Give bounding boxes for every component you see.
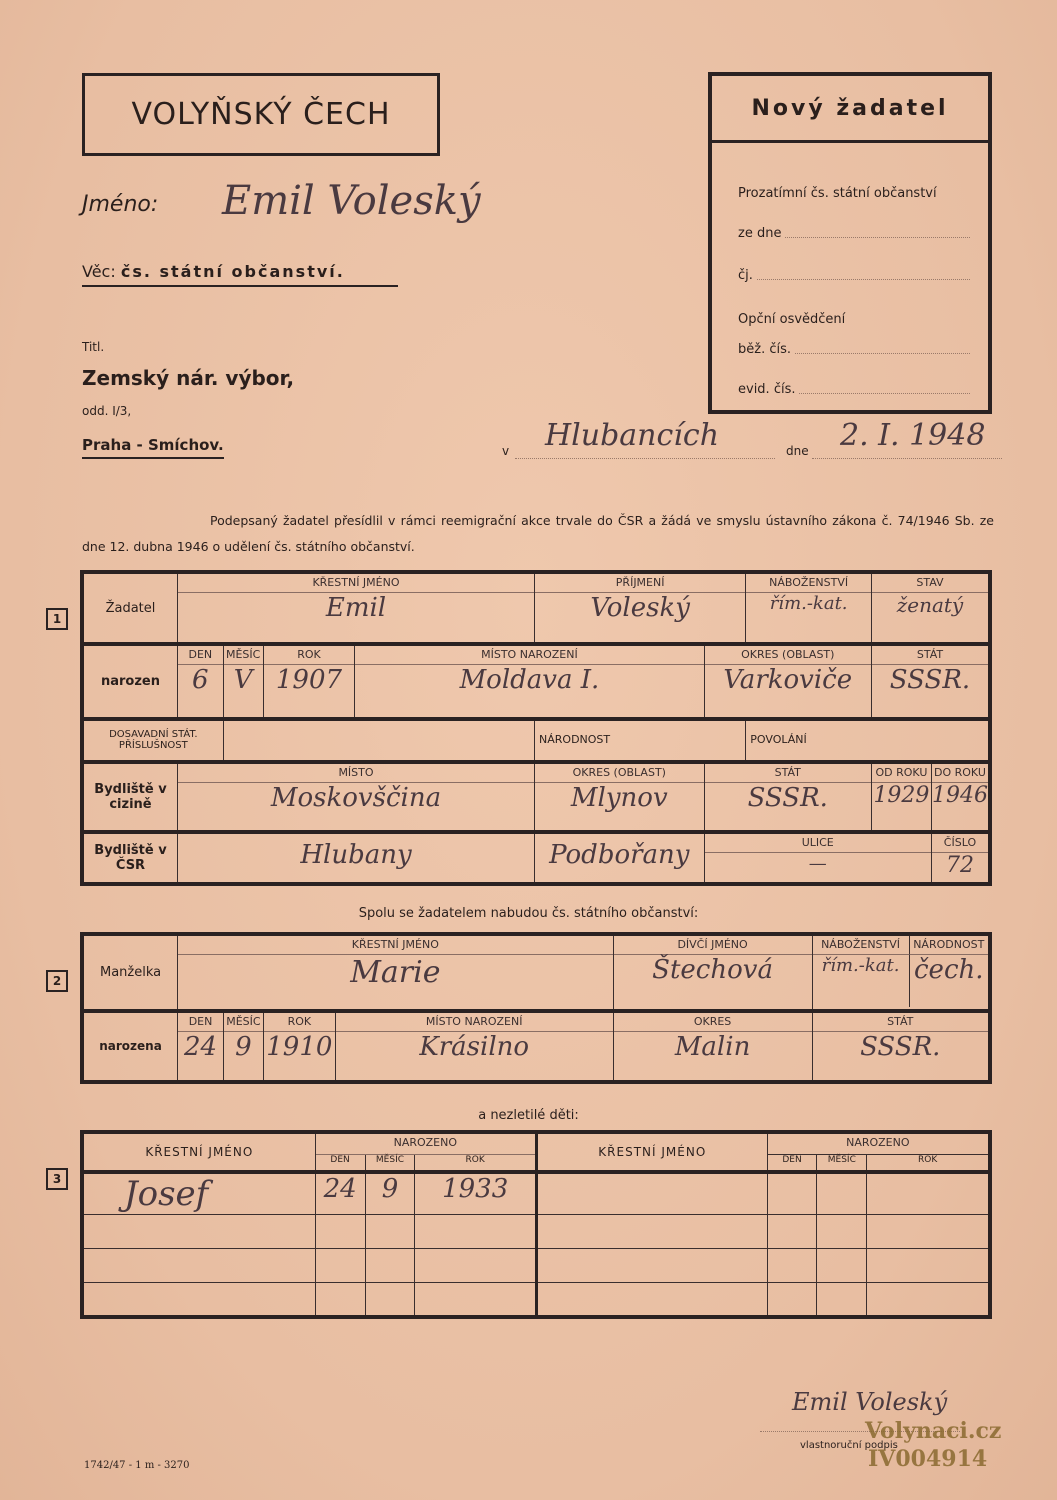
csr-district-value: Podbořany [535,840,704,870]
wife-first-name-header: KŘESTNÍ JMÉNO [178,936,612,955]
status-header: STAV [872,574,988,593]
print-code: 1742/47 - 1 m - 3270 [84,1460,190,1471]
place-value: Hlubancích [545,418,719,453]
section-1-number: 1 [46,608,68,630]
name-value: Emil Voleský [222,178,481,224]
nationality-label: NÁRODNOST [535,721,745,758]
line-label: Prozatímní čs. státní občanství [738,186,937,201]
watermark-id: IV004914 [868,1446,987,1472]
place-dots [515,458,775,459]
child-month: 9 [366,1174,415,1204]
csr-place-value: Hlubany [178,840,534,870]
document-title: VOLYŇSKÝ ČECH [82,73,440,156]
wife-birthplace-value: Krásilno [336,1032,613,1062]
line-label: čj. [738,268,753,283]
wife-month-header: MĚSÍC [224,1013,263,1032]
maiden-name-header: DÍVČÍ JMÉNO [614,936,812,955]
place-label: v [502,444,509,458]
intro-text: Podepsaný žadatel přesídlil v rámci reem… [82,508,994,560]
child-row [82,1215,990,1249]
first-name-value: Emil [178,593,534,623]
watermark-site: Volynaci.cz [865,1418,1001,1444]
line-label: evid. čís. [738,382,795,397]
subject-value: čs. státní občanství. [121,262,345,281]
line-label: Opční osvědčení [738,312,845,327]
born-header: NAROZENO [315,1132,536,1154]
house-number-value: 72 [932,853,988,878]
department: odd. I/3, [82,404,131,418]
wife-religion-header: NÁBOŽENSTVÍ [813,936,910,955]
csr-label: Bydliště v ČSR [82,832,177,884]
wife-born-year: 1910 [264,1032,335,1062]
surname-header: PŘÍJMENÍ [535,574,745,593]
running-number-line: běž. čís. [738,342,970,357]
day-header: DEN [178,646,223,665]
child-year-header-2: ROK [867,1154,990,1172]
name-label: Jméno: [82,192,158,217]
born-label: narozen [82,644,177,718]
office-name: Zemský nár. výbor, [82,366,294,390]
wife-born-label: narozena [82,1011,178,1082]
option-certificate-line: Opční osvědčení [738,312,970,327]
title-text: VOLYŇSKÝ ČECH [131,97,390,132]
street-value: — [705,853,931,874]
child-year-header: ROK [415,1154,537,1172]
abroad-state-value: SSSR. [705,783,871,813]
child-name-header-2: KŘESTNÍ JMÉNO [536,1132,767,1172]
citizenship-value [223,719,534,762]
abroad-place-header: MÍSTO [178,764,534,783]
month-header: MĚSÍC [224,646,263,665]
city: Praha - Smíchov. [82,436,224,459]
together-text: Spolu se žadatelem nabudou čs. státního … [0,906,1057,921]
from-year-value: 1929 [872,783,931,808]
section-3-number: 3 [46,1168,68,1190]
child-row [82,1283,990,1317]
wife-religion-value: řím.-kat. [813,955,910,1007]
surname-value: Voleský [535,593,745,623]
children-table: KŘESTNÍ JMÉNO NAROZENO KŘESTNÍ JMÉNO NAR… [80,1130,992,1319]
to-year-value: 1946 [932,783,988,808]
child-name-header: KŘESTNÍ JMÉNO [82,1132,315,1172]
from-year-header: OD ROKU [872,764,931,783]
born-month: V [224,665,263,695]
provisional-citizenship-line: Prozatímní čs. státní občanství [738,186,970,201]
line-label: běž. čís. [738,342,791,357]
wife-state-header: STÁT [813,1013,988,1032]
from-date-line: ze dne [738,226,970,241]
wife-state-value: SSSR. [813,1032,988,1062]
citizenship-label: DOSAVADNÍ STÁT. PŘÍSLUŠNOST [82,719,223,762]
street-header: ULICE [705,834,931,853]
dotted-field [795,352,970,354]
abroad-label: Bydliště v cizině [82,762,177,832]
wife-district-header: OKRES [614,1013,812,1032]
evidence-number-line: evid. čís. [738,382,970,397]
dotted-field [757,278,970,280]
line-label: ze dne [738,226,781,241]
date-dots [812,458,1002,459]
abroad-district-value: Mlynov [535,783,704,813]
titl-label: Titl. [82,340,104,354]
signature-value: Emil Voleský [792,1388,947,1416]
first-name-header: KŘESTNÍ JMÉNO [178,574,534,593]
occupation-label: POVOLÁNÍ [746,721,988,758]
abroad-district-header: OKRES (OBLAST) [535,764,704,783]
maiden-name-value: Štechová [614,955,812,985]
birthplace-value: Moldava I. [355,665,703,695]
district-header: OKRES (OBLAST) [705,646,871,665]
wife-district-value: Malin [614,1032,812,1062]
religion-header: NÁBOŽENSTVÍ [746,574,871,593]
child-day-header: DEN [315,1154,365,1172]
new-applicant-box: Nový žadatel Prozatímní čs. státní občan… [708,72,992,414]
wife-born-month: 9 [224,1032,263,1062]
wife-year-header: ROK [264,1013,335,1032]
abroad-place-value: Moskovščina [178,783,534,813]
applicant-label: Žadatel [82,572,177,644]
child-year: 1933 [415,1174,535,1204]
wife-day-header: DEN [178,1013,223,1032]
wife-birthplace-header: MÍSTO NAROZENÍ [336,1013,613,1032]
district-value: Varkoviče [705,665,871,695]
child-day: 24 [316,1174,365,1204]
children-text: a nezletilé děti: [0,1108,1057,1123]
birthplace-header: MÍSTO NAROZENÍ [355,646,703,665]
wife-nationality-header: NÁRODNOST [910,936,988,955]
year-header: ROK [264,646,355,665]
wife-nationality-value: čech. [910,955,988,1007]
to-year-header: DO ROKU [932,764,988,783]
child-row: Josef 24 9 1933 [82,1172,990,1215]
child-day-header-2: DEN [767,1154,817,1172]
wife-first-name-value: Marie [178,955,612,990]
abroad-state-header: STÁT [705,764,871,783]
state-header: STÁT [872,646,988,665]
reference-number-line: čj. [738,268,970,283]
house-number-header: ČÍSLO [932,834,988,853]
born-day: 6 [178,665,223,695]
child-row [82,1249,990,1283]
date-value: 2. I. 1948 [840,418,985,453]
section-2-number: 2 [46,970,68,992]
child-first-name: Josef [84,1174,315,1214]
child-month-header-2: MĚSÍC [817,1154,867,1172]
date-label: dne [786,444,809,458]
child-month-header: MĚSÍC [365,1154,415,1172]
subject-label: Věc: [82,262,116,281]
dotted-field [799,392,970,394]
applicant-table: Žadatel KŘESTNÍ JMÉNOEmil PŘÍJMENÍVolesk… [80,570,992,886]
born-header-2: NAROZENO [767,1132,990,1154]
wife-label: Manželka [82,934,178,1011]
new-applicant-title: Nový žadatel [712,76,988,143]
subject-line: Věc: čs. státní občanství. [82,262,398,287]
state-value: SSSR. [872,665,988,695]
wife-born-day: 24 [178,1032,223,1062]
status-value: ženatý [872,593,988,617]
religion-value: řím.-kat. [746,593,871,614]
dotted-field [785,236,970,238]
born-year: 1907 [264,665,355,695]
wife-table: Manželka KŘESTNÍ JMÉNOMarie DÍVČÍ JMÉNOŠ… [80,932,992,1084]
